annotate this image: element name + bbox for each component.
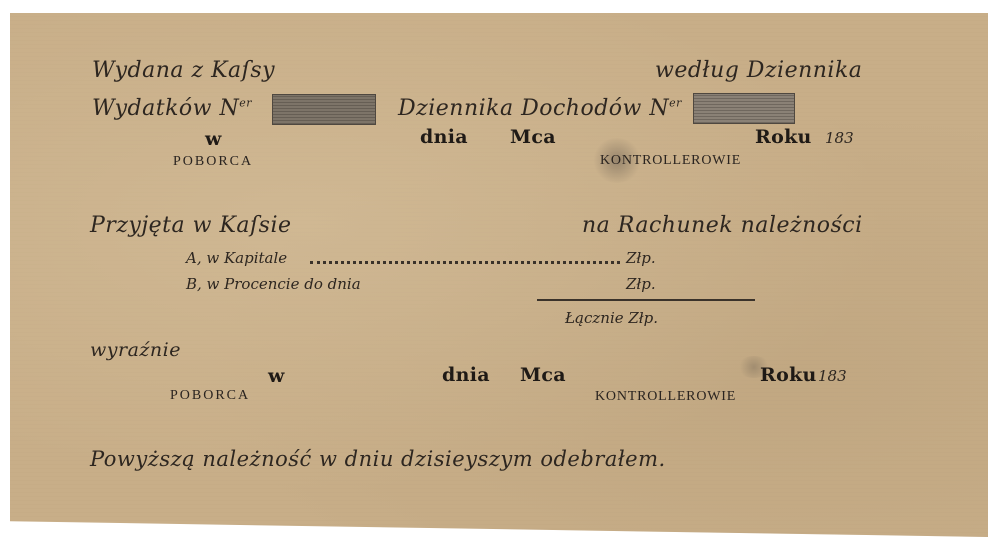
- total-label: Łącznie Złp.: [565, 309, 658, 327]
- capital-dotted-leader: [310, 261, 620, 264]
- income-label-text: Dziennika Dochodów N: [398, 96, 669, 121]
- capital-item-label: A, w Kapitale: [186, 249, 287, 267]
- interest-item-label: B, w Procencie do dnia: [186, 275, 361, 293]
- interest-currency-label: Złp.: [626, 275, 656, 293]
- received-acknowledgement-text: Powyższą należność w dniu dzisieyszym od…: [90, 447, 666, 471]
- expenses-number-redacted-field: [272, 94, 376, 125]
- income-journal-number-label: Dziennika Dochodów Ner: [398, 96, 682, 121]
- number-suffix: er: [239, 97, 252, 110]
- controllers-signature-label: KONTROLLEROWIE: [600, 153, 741, 169]
- controllers-signature-label-2: KONTROLLEROWIE: [595, 389, 736, 405]
- number-suffix: er: [669, 97, 682, 110]
- expenses-label-text: Wydatków N: [92, 96, 239, 121]
- expenses-number-label: Wydatków Ner: [92, 96, 252, 121]
- year-prefix-2: 183: [818, 367, 847, 385]
- year-prefix: 183: [825, 129, 854, 147]
- year-label-2: Roku: [760, 364, 817, 386]
- place-w-label-2: w: [268, 365, 285, 387]
- place-w-label: w: [205, 128, 222, 150]
- month-label: Mca: [510, 126, 556, 148]
- header-issued-from: Wydana z Kaſsy: [92, 58, 275, 83]
- on-account-of-dues-label: na Rachunek należności: [582, 213, 863, 238]
- received-in-treasury-label: Przyjęta w Kaſsie: [90, 213, 292, 238]
- year-label: Roku: [755, 126, 812, 148]
- receipt-form-paper: Wydana z Kaſsy według Dziennika Wydatków…: [10, 13, 988, 537]
- collector-signature-label-2: POBORCA: [170, 388, 250, 404]
- day-label-2: dnia: [442, 364, 490, 386]
- income-number-redacted-field: [693, 93, 795, 124]
- in-words-label: wyraźnie: [90, 339, 181, 361]
- header-according-to-journal: według Dziennika: [655, 58, 862, 83]
- month-label-2: Mca: [520, 364, 566, 386]
- capital-currency-label: Złp.: [626, 249, 656, 267]
- day-label: dnia: [420, 126, 468, 148]
- total-underline: [537, 299, 755, 301]
- collector-signature-label: POBORCA: [173, 154, 253, 170]
